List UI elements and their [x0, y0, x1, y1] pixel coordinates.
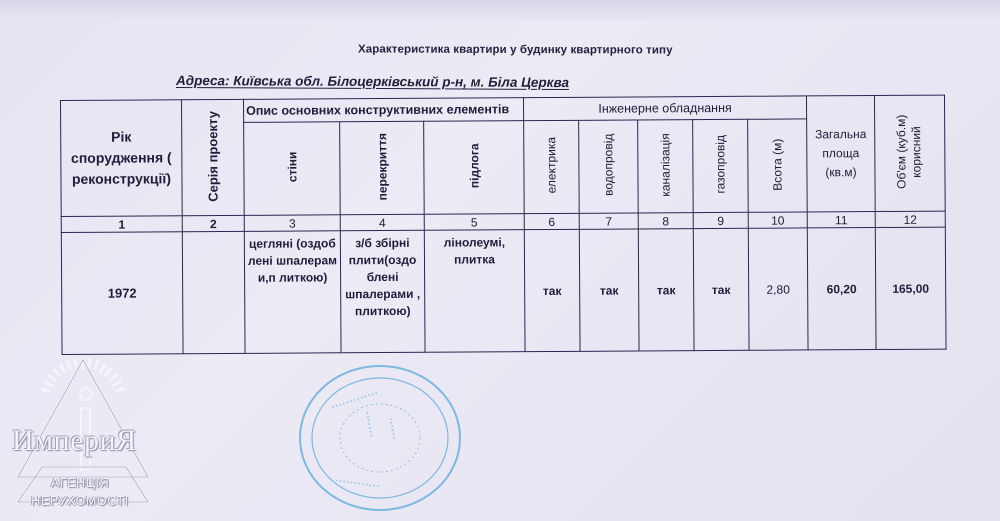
header-sewer-label: каналізація — [658, 133, 672, 196]
table-row: 1972 цегляні (оздоблені шпалерами,п литк… — [61, 227, 946, 354]
header-walls-label: стіни — [285, 152, 299, 183]
col-num: 9 — [693, 212, 748, 228]
header-water: водопровід — [579, 120, 639, 213]
paper-top-edge — [0, 0, 1000, 22]
cell-gas: так — [693, 228, 749, 350]
cell-sewer: так — [638, 229, 694, 351]
document-title: Характеристика квартири у будинку кварти… — [358, 43, 673, 56]
cell-volume: 165,00 — [875, 227, 946, 349]
header-volume-label: Об'єм (куб.м) корисний — [894, 107, 927, 197]
header-height-label: Всота (м) — [770, 138, 784, 190]
svg-text:▪ ▪ ▪ ▪ ▪ ▪: ▪ ▪ ▪ ▪ ▪ ▪ — [387, 417, 397, 439]
header-gas-label: газопровід — [713, 135, 727, 194]
header-floor-label: підлога — [467, 144, 481, 189]
header-electricity-label: електрика — [544, 137, 558, 193]
cell-series — [182, 231, 245, 353]
col-num: 5 — [424, 214, 524, 231]
header-water-label: водопровід — [601, 134, 615, 196]
header-total-area-label: Загальна площа (кв.м) — [815, 127, 866, 179]
header-year: Рік спорудження ( реконструкції) — [61, 100, 183, 217]
svg-text:• • • • • • • • • • • •: • • • • • • • • • • • • — [335, 478, 379, 490]
header-series-label: Серія проекту — [205, 111, 221, 202]
header-walls: стіни — [244, 122, 341, 215]
header-year-label: Рік спорудження ( реконструкції) — [71, 129, 172, 187]
col-num: 6 — [524, 213, 579, 229]
header-height: Всота (м) — [748, 119, 808, 212]
col-num: 7 — [579, 213, 638, 229]
watermark-line2: НЕРУХОМОСТІ — [0, 494, 160, 508]
col-num: 12 — [875, 211, 945, 227]
cell-ceiling: з/б збірні плити(оздо блені шпалерами , … — [340, 230, 425, 353]
col-num: 4 — [340, 214, 424, 231]
col-num: 8 — [638, 213, 693, 229]
header-engineering-group: Інженерне обладнання — [523, 96, 806, 121]
header-gas: газопровід — [693, 119, 749, 212]
header-total-area: Загальна площа (кв.м) — [806, 96, 875, 212]
svg-text:▪ ▪ ▪ ▪ ▪ ▪ ▪: ▪ ▪ ▪ ▪ ▪ ▪ ▪ — [363, 411, 373, 437]
col-num: 10 — [748, 212, 807, 228]
cell-total-area: 60,20 — [807, 228, 876, 350]
header-ceiling: перекриття — [340, 121, 425, 214]
cell-height: 2,80 — [748, 228, 808, 350]
characteristics-table: Рік спорудження ( реконструкції) Серія п… — [60, 95, 947, 355]
watermark-brand: ИмпериЯ — [12, 424, 137, 458]
header-electricity: електрика — [524, 121, 580, 214]
header-ceiling-label: перекриття — [375, 133, 389, 200]
col-num: 11 — [807, 212, 875, 228]
svg-text:• • • • • • • • • • • • •: • • • • • • • • • • • • • — [332, 391, 379, 411]
cell-walls: цегляні (оздоблені шпалерами,п литкою) — [244, 231, 341, 354]
watermark-line1: АГЕНЦІЯ — [0, 476, 160, 490]
cell-floor: лінолеумі, плитка — [424, 230, 525, 353]
col-num: 2 — [182, 215, 244, 231]
header-construction-group: Опис основних конструктивних елементів — [243, 98, 523, 123]
col-num: 1 — [61, 216, 182, 233]
cell-year: 1972 — [61, 232, 183, 355]
header-construction-group-label: Опис основних конструктивних елементів — [246, 102, 509, 118]
cell-water: так — [579, 229, 639, 351]
characteristics-table-wrap: Рік спорудження ( реконструкції) Серія п… — [60, 95, 947, 355]
cell-electricity: так — [524, 229, 580, 351]
round-seal-stamp-icon: • • • • • • • • • • • • • • • • • • • • … — [292, 356, 467, 516]
col-num: 3 — [244, 215, 340, 232]
header-engineering-group-label: Інженерне обладнання — [598, 101, 731, 116]
header-series: Серія проекту — [182, 99, 245, 215]
document-address: Адреса: Київська обл. Білоцерківський р-… — [176, 73, 569, 90]
header-sewer: каналізація — [638, 120, 694, 213]
header-volume: Об'єм (куб.м) корисний — [874, 95, 945, 211]
header-floor: підлога — [424, 121, 525, 214]
